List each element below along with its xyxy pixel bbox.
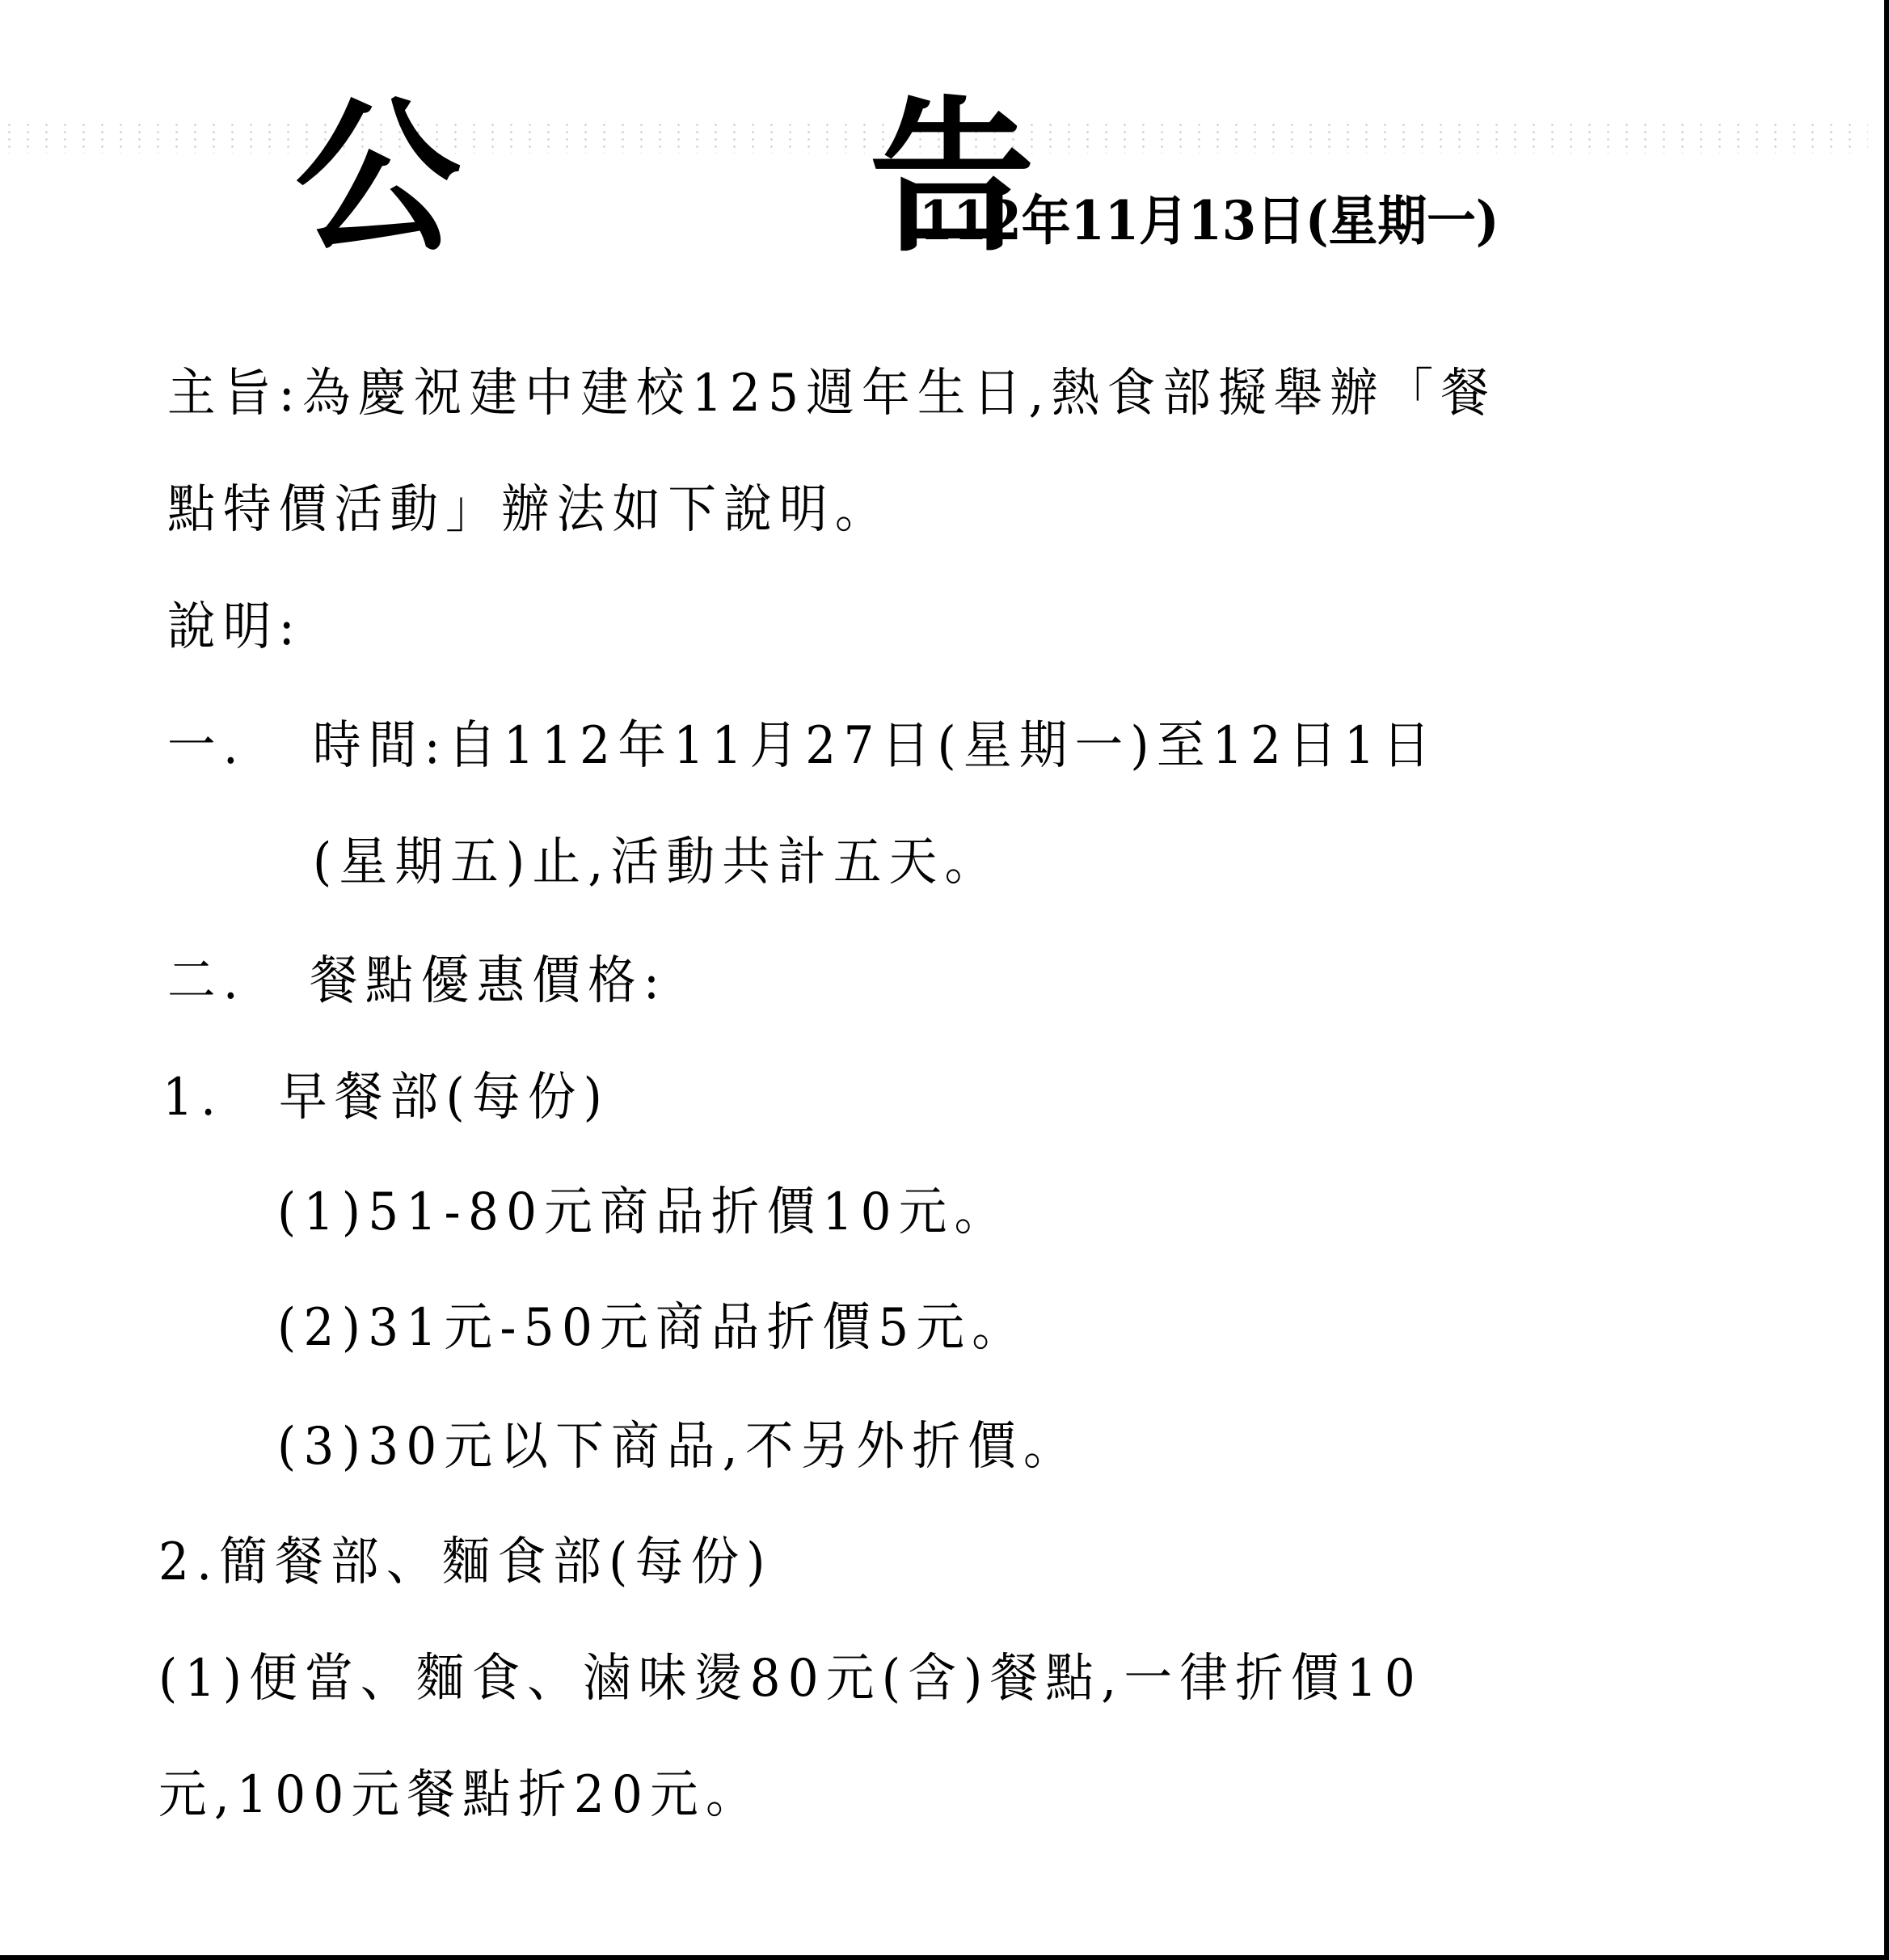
- breakfast-item-3: (3)30元以下商品,不另外折價。: [277, 1421, 1079, 1473]
- breakfast-marker: 1.: [162, 1072, 223, 1123]
- section-time-label: 時間:自112年11月27日(星期一)至12日1日: [313, 720, 1438, 772]
- meals-item-1-line-1: (1)便當、麵食、滷味燙80元(含)餐點,一律折價10: [158, 1653, 1423, 1705]
- breakfast-item-1: (1)51-80元商品折價10元。: [277, 1187, 1010, 1238]
- section-prices-label: 餐點優惠價格:: [310, 955, 667, 1007]
- meals-item-1-line-2: 元,100元餐點折20元。: [158, 1769, 761, 1821]
- section-marker-2: 二.: [167, 955, 246, 1007]
- subject-line-1: 主旨:為慶祝建中建校125週年生日,熱食部擬舉辦「餐: [167, 368, 1496, 419]
- announcement-page: 公 告 112年11月13日(星期一) 主旨:為慶祝建中建校125週年生日,熱食…: [0, 0, 1889, 1960]
- subject-line-2: 點特價活動」辦法如下說明。: [167, 484, 891, 536]
- section-time-continuation: (星期五)止,活動共計五天。: [313, 837, 1000, 888]
- explanation-label: 說明:: [167, 601, 302, 653]
- breakfast-item-2: (2)31元-50元商品折價5元。: [277, 1302, 1027, 1354]
- section-marker-1: 一.: [167, 720, 246, 772]
- announcement-date: 112年11月13日(星期一): [919, 194, 1499, 247]
- breakfast-heading: 早餐部(每份): [279, 1072, 609, 1123]
- meals-heading: 2.簡餐部、麵食部(每份): [158, 1536, 773, 1588]
